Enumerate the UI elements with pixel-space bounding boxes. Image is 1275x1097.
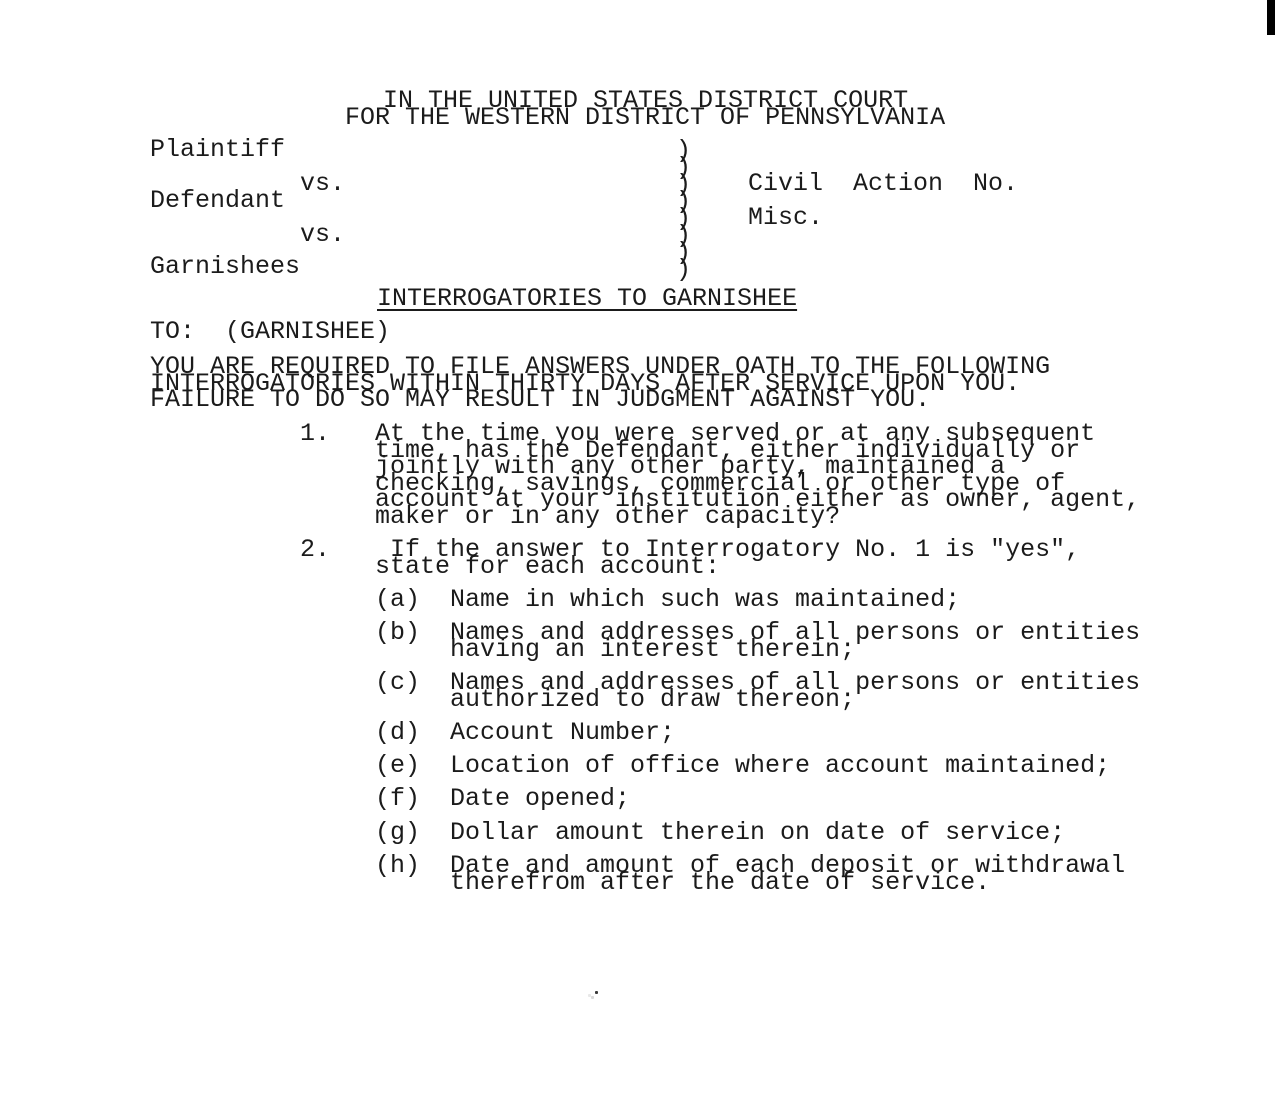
subitem-d-text: Account Number; [450,725,675,742]
interrogatory-1-text: At the time you were served or at any su… [375,426,1140,526]
subitem-b-label: (b) [375,625,420,642]
scan-edge-mark [1267,0,1275,35]
stray-ink-dot [595,991,598,994]
garnishees-label: Garnishees [150,259,300,276]
subitem-g-label: (g) [375,825,420,842]
plaintiff-label: Plaintiff [150,142,285,159]
subitem-a-label: (a) [375,592,420,609]
civil-action-no-label: Civil Action No. [748,176,1018,193]
subitem-e-label: (e) [375,758,420,775]
subitem-c-text: Names and addresses of all persons or en… [450,675,1140,708]
court-header-line-2: FOR THE WESTERN DISTRICT OF PENNSYLVANIA [345,110,945,127]
subitem-d-label: (d) [375,725,420,742]
subitem-h-label: (h) [375,858,420,875]
caption-paren-column: ) ) ) ) ) ) ) ) [676,142,691,278]
subitem-h-text: Date and amount of each deposit or withd… [450,858,1125,891]
subitem-g-text: Dollar amount therein on date of service… [450,825,1065,842]
defendant-label: Defendant [150,193,285,210]
subitem-f-label: (f) [375,791,420,808]
notice-paragraph: YOU ARE REQUIRED TO FILE ANSWERS UNDER O… [150,359,1050,409]
subitem-a-text: Name in which such was maintained; [450,592,960,609]
interrogatory-1-number: 1. [300,426,330,443]
vs-label-2: vs. [300,227,345,244]
document-title: INTERROGATORIES TO GARNISHEE [377,291,797,308]
subitem-e-text: Location of office where account maintai… [450,758,1110,775]
to-garnishee-line: TO: (GARNISHEE) [150,324,390,341]
interrogatory-2-text: If the answer to Interrogatory No. 1 is … [375,542,1080,575]
vs-label-1: vs. [300,176,345,193]
misc-label: Misc. [748,210,823,227]
subitem-c-label: (c) [375,675,420,692]
interrogatory-2-number: 2. [300,542,330,559]
subitem-f-text: Date opened; [450,791,630,808]
subitem-b-text: Names and addresses of all persons or en… [450,625,1140,658]
scanned-document-page: IN THE UNITED STATES DISTRICT COURT FOR … [0,0,1275,1097]
